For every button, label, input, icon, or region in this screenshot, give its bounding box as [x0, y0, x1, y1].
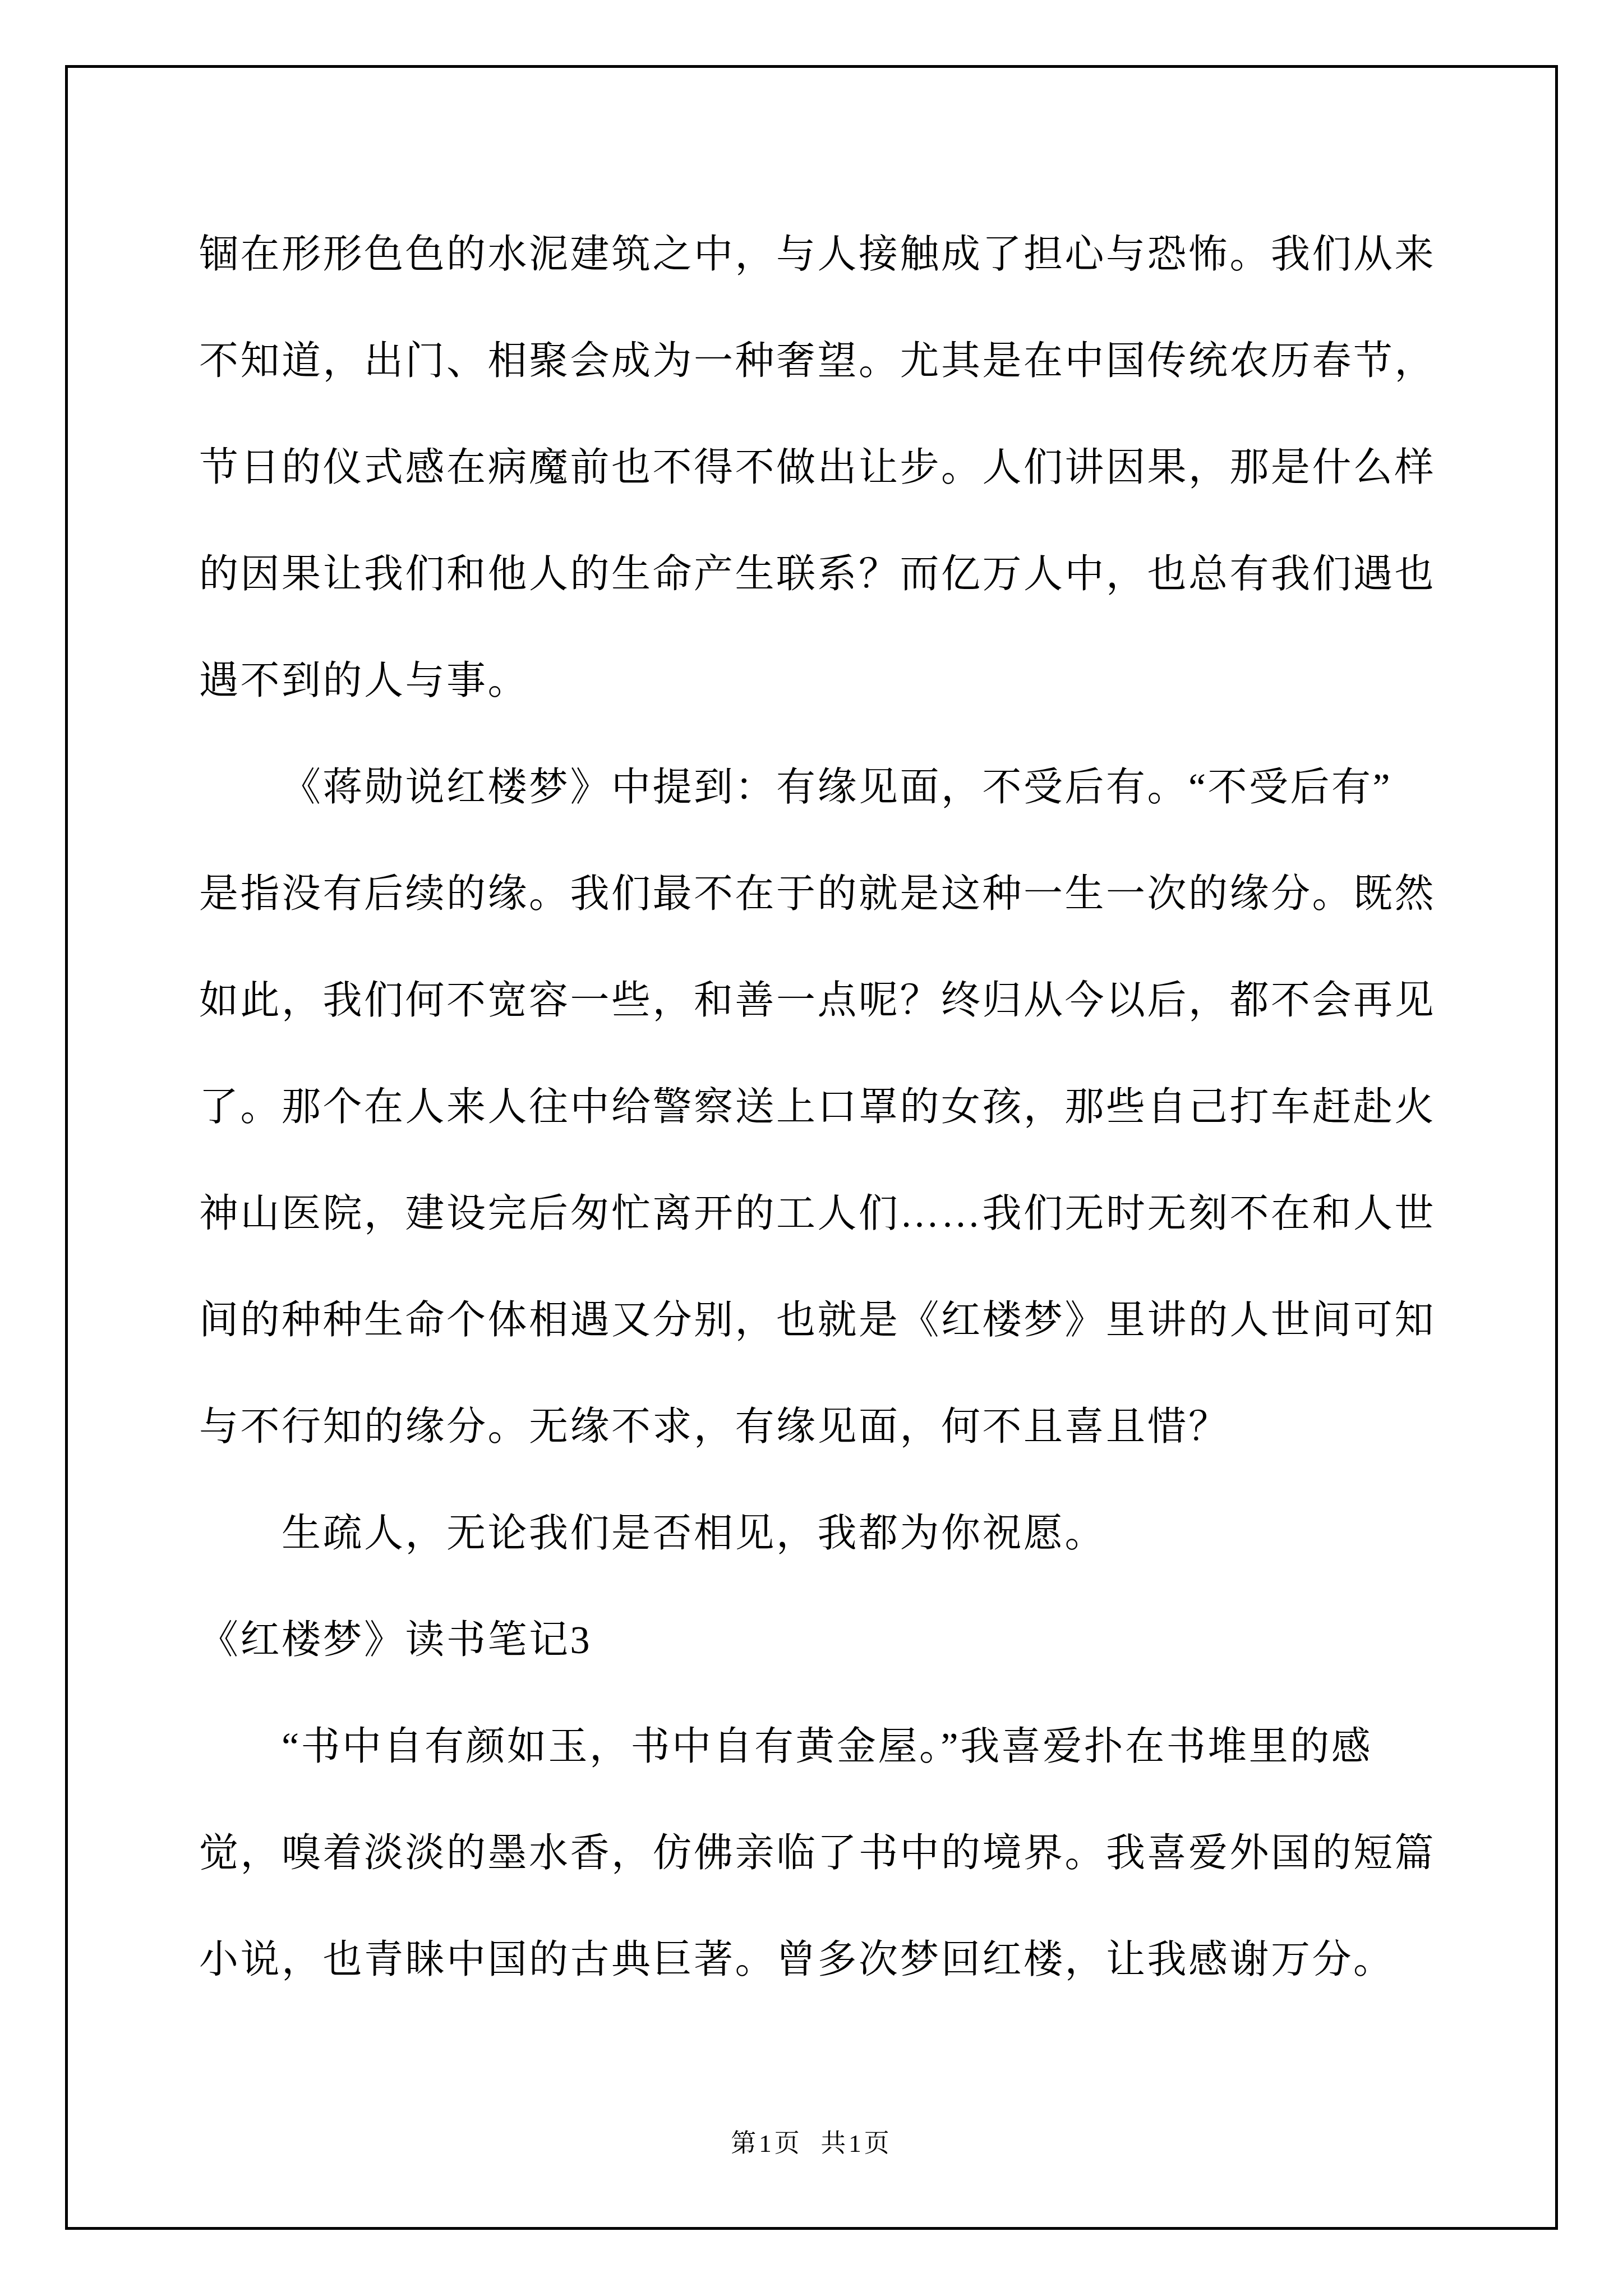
text-line: 是指没有后续的缘。我们最不在于的就是这种一生一次的缘分。既然 [199, 841, 1440, 948]
text-line: 不知道，出门、相聚会成为一种奢望。尤其是在中国传统农历春节， [199, 309, 1440, 415]
text-line: 《红楼梦》读书笔记3 [199, 1588, 1440, 1694]
document-body: 锢在形形色色的水泥建筑之中，与人接触成了担心与恐怖。我们从来不知道，出门、相聚会… [199, 202, 1440, 2014]
text-line: 如此，我们何不宽容一些，和善一点呢？终归从今以后，都不会再见 [199, 948, 1440, 1055]
text-line: 锢在形形色色的水泥建筑之中，与人接触成了担心与恐怖。我们从来 [199, 202, 1440, 309]
text-line: 间的种种生命个体相遇又分别，也就是《红楼梦》里讲的人世间可知 [199, 1268, 1440, 1374]
page-number-footer: 第1页 共1页 [0, 2127, 1623, 2160]
text-line: 遇不到的人与事。 [199, 628, 1440, 735]
text-line: 神山医院，建设完后匆忙离开的工人们……我们无时无刻不在和人世 [199, 1161, 1440, 1268]
text-line: 了。那个在人来人往中给警察送上口罩的女孩，那些自己打车赶赴火 [199, 1055, 1440, 1161]
text-line: “书中自有颜如玉，书中自有黄金屋。”我喜爱扑在书堆里的感 [199, 1694, 1440, 1801]
text-line: 小说，也青睐中国的古典巨著。曾多次梦回红楼，让我感谢万分。 [199, 1907, 1440, 2014]
document-page: 锢在形形色色的水泥建筑之中，与人接触成了担心与恐怖。我们从来不知道，出门、相聚会… [0, 0, 1623, 2296]
text-line: 生疏人，无论我们是否相见，我都为你祝愿。 [199, 1481, 1440, 1588]
text-line: 与不行知的缘分。无缘不求，有缘见面，何不且喜且惜？ [199, 1374, 1440, 1481]
text-line: 觉，嗅着淡淡的墨水香，仿佛亲临了书中的境界。我喜爱外国的短篇 [199, 1801, 1440, 1907]
text-line: 《蒋勋说红楼梦》中提到：有缘见面，不受后有。“不受后有” [199, 735, 1440, 841]
text-line: 的因果让我们和他人的生命产生联系？而亿万人中，也总有我们遇也 [199, 522, 1440, 628]
text-line: 节日的仪式感在病魔前也不得不做出让步。人们讲因果，那是什么样 [199, 415, 1440, 522]
